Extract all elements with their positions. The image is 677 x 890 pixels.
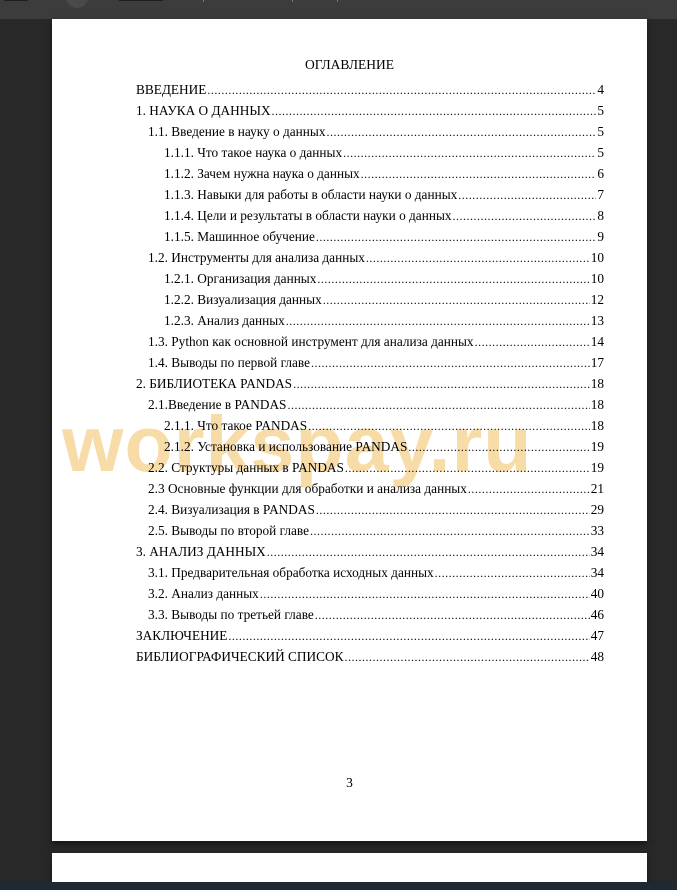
toc-entry-label: 2.1.2. Установка и использование PANDAS [164,436,407,457]
toc-entry[interactable]: 2. БИБЛИОТЕКА PANDAS18 [136,373,604,394]
toolbar-divider [337,0,338,2]
toc-entry-page: 34 [591,562,604,583]
toc-entry-label: 3.1. Предварительная обработка исходных … [148,562,434,583]
dot-leader [317,269,589,290]
toc-title: ОГЛАВЛЕНИЕ [52,57,647,73]
toc-entry-page: 6 [597,163,604,184]
dot-leader [315,605,590,626]
toc-entry-page: 29 [591,499,604,520]
taskbar-strip [0,882,677,890]
toc-entry-page: 46 [591,604,604,625]
toc-entry-page: 21 [591,478,604,499]
toc-entry-label: 1.2.3. Анализ данных [164,310,285,331]
toc-entry-label: 2.4. Визуализация в PANDAS [148,499,315,520]
toc-entry-page: 18 [591,415,604,436]
toc-entry-label: 1. НАУКА О ДАННЫХ [136,100,271,121]
dot-leader [345,458,590,479]
dot-leader [293,374,590,395]
toc-entry-label: 1.2.2. Визуализация данных [164,289,322,310]
toc-entry-label: 1.2. Инструменты для анализа данных [148,247,365,268]
toc-entry[interactable]: 1.2. Инструменты для анализа данных10 [136,247,604,268]
toc-entry-label: 3.3. Выводы по третьей главе [148,604,314,625]
toolbar-round-button[interactable] [66,0,88,8]
table-of-contents: ВВЕДЕНИЕ41. НАУКА О ДАННЫХ51.1. Введение… [136,79,604,667]
dot-leader [311,353,590,374]
toc-entry-label: 1.1.2. Зачем нужна наука о данных [164,163,360,184]
dot-leader [468,479,590,500]
toc-entry[interactable]: 1.4. Выводы по первой главе17 [136,352,604,373]
toc-entry-label: ВВЕДЕНИЕ [136,79,206,100]
toc-entry-page: 34 [591,541,604,562]
toc-entry[interactable]: 1.2.3. Анализ данных13 [136,310,604,331]
toc-entry-label: ЗАКЛЮЧЕНИЕ [136,625,227,646]
toc-entry-label: 1.1. Введение в науку о данных [148,121,325,142]
toc-entry[interactable]: 1.1.5. Машинное обучение9 [136,226,604,247]
toc-entry[interactable]: 3. АНАЛИЗ ДАННЫХ34 [136,541,604,562]
dot-leader [316,500,590,521]
page-number: 3 [52,775,647,791]
dot-leader [287,395,589,416]
toc-entry[interactable]: 1.1.4. Цели и результаты в области науки… [136,205,604,226]
toolbar-divider [203,0,204,2]
toolbar-segment [119,0,163,1]
toc-entry-label: 2.2. Структуры данных в PANDAS [148,457,344,478]
toc-entry-page: 10 [591,268,604,289]
toc-entry-page: 17 [591,352,604,373]
toc-entry[interactable]: 2.5. Выводы по второй главе33 [136,520,604,541]
toc-entry-page: 9 [597,226,604,247]
dot-leader [310,521,590,542]
toc-entry-page: 19 [591,436,604,457]
toc-entry-page: 14 [591,331,604,352]
toc-entry[interactable]: 2.2. Структуры данных в PANDAS19 [136,457,604,478]
toc-entry-page: 5 [597,121,604,142]
toc-entry-label: 1.1.1. Что такое наука о данных [164,142,342,163]
toc-entry[interactable]: 2.3 Основные функции для обработки и ана… [136,478,604,499]
toc-entry-page: 12 [591,289,604,310]
dot-leader [323,290,590,311]
toc-entry[interactable]: ЗАКЛЮЧЕНИЕ47 [136,625,604,646]
toc-entry[interactable]: ВВЕДЕНИЕ4 [136,79,604,100]
toc-entry-label: БИБЛИОГРАФИЧЕСКИЙ СПИСОК [136,646,343,667]
toc-entry[interactable]: 1.1.3. Навыки для работы в области науки… [136,184,604,205]
dot-leader [267,542,590,563]
toc-entry-page: 13 [591,310,604,331]
dot-leader [343,143,596,164]
toolbar-divider [292,0,293,2]
toc-entry-label: 1.3. Python как основной инструмент для … [148,331,474,352]
toc-entry-page: 4 [597,79,604,100]
dot-leader [453,206,597,227]
toc-entry-page: 5 [597,100,604,121]
dot-leader [458,185,596,206]
dot-leader [228,626,589,647]
toc-entry[interactable]: 3.1. Предварительная обработка исходных … [136,562,604,583]
dot-leader [260,584,590,605]
dot-leader [207,80,596,101]
toc-entry-label: 1.1.5. Машинное обучение [164,226,315,247]
toc-entry-page: 18 [591,373,604,394]
toc-entry-page: 19 [591,457,604,478]
toc-entry[interactable]: 2.1.2. Установка и использование PANDAS1… [136,436,604,457]
toc-entry[interactable]: 1.2.1. Организация данных10 [136,268,604,289]
toc-entry[interactable]: 2.1.1. Что такое PANDAS18 [136,415,604,436]
dot-leader [408,437,589,458]
toc-entry[interactable]: 2.1.Введение в PANDAS18 [136,394,604,415]
dot-leader [361,164,597,185]
toc-entry-label: 1.2.1. Организация данных [164,268,316,289]
toc-entry-label: 2.5. Выводы по второй главе [148,520,309,541]
toc-entry[interactable]: 1.2.2. Визуализация данных12 [136,289,604,310]
toc-entry-page: 48 [591,646,604,667]
toc-entry[interactable]: 1.1. Введение в науку о данных5 [136,121,604,142]
toc-entry[interactable]: 3.3. Выводы по третьей главе46 [136,604,604,625]
dot-leader [435,563,590,584]
viewer-toolbar [0,0,677,19]
toc-entry-label: 2.1.1. Что такое PANDAS [164,415,307,436]
dot-leader [475,332,590,353]
toc-entry-page: 40 [591,583,604,604]
toc-entry-label: 1.1.4. Цели и результаты в области науки… [164,205,452,226]
toc-entry-label: 2. БИБЛИОТЕКА PANDAS [136,373,292,394]
toc-entry-page: 10 [591,247,604,268]
toc-entry[interactable]: 3.2. Анализ данных40 [136,583,604,604]
toc-entry-label: 3. АНАЛИЗ ДАННЫХ [136,541,266,562]
dot-leader [286,311,590,332]
toc-entry-label: 1.1.3. Навыки для работы в области науки… [164,184,457,205]
toc-entry-label: 2.3 Основные функции для обработки и ана… [148,478,467,499]
toc-entry-page: 47 [591,625,604,646]
dot-leader [326,122,596,143]
toc-entry[interactable]: 1. НАУКА О ДАННЫХ5 [136,100,604,121]
toolbar-segment [4,0,28,1]
dot-leader [308,416,590,437]
toc-entry[interactable]: 1.3. Python как основной инструмент для … [136,331,604,352]
toc-entry-page: 7 [597,184,604,205]
dot-leader [366,248,590,269]
dot-leader [316,227,596,248]
toc-entry-label: 2.1.Введение в PANDAS [148,394,286,415]
toc-entry-page: 8 [597,205,604,226]
toc-entry-label: 3.2. Анализ данных [148,583,259,604]
document-page: workspay.ru ОГЛАВЛЕНИЕ ВВЕДЕНИЕ41. НАУКА… [52,19,647,841]
toc-entry-label: 1.4. Выводы по первой главе [148,352,310,373]
toc-entry[interactable]: 2.4. Визуализация в PANDAS29 [136,499,604,520]
toc-entry-page: 18 [591,394,604,415]
toc-entry-page: 5 [597,142,604,163]
toc-entry[interactable]: БИБЛИОГРАФИЧЕСКИЙ СПИСОК48 [136,646,604,667]
dot-leader [272,101,597,122]
toc-entry-page: 33 [591,520,604,541]
toc-entry[interactable]: 1.1.1. Что такое наука о данных5 [136,142,604,163]
toc-entry[interactable]: 1.1.2. Зачем нужна наука о данных6 [136,163,604,184]
dot-leader [344,647,589,668]
